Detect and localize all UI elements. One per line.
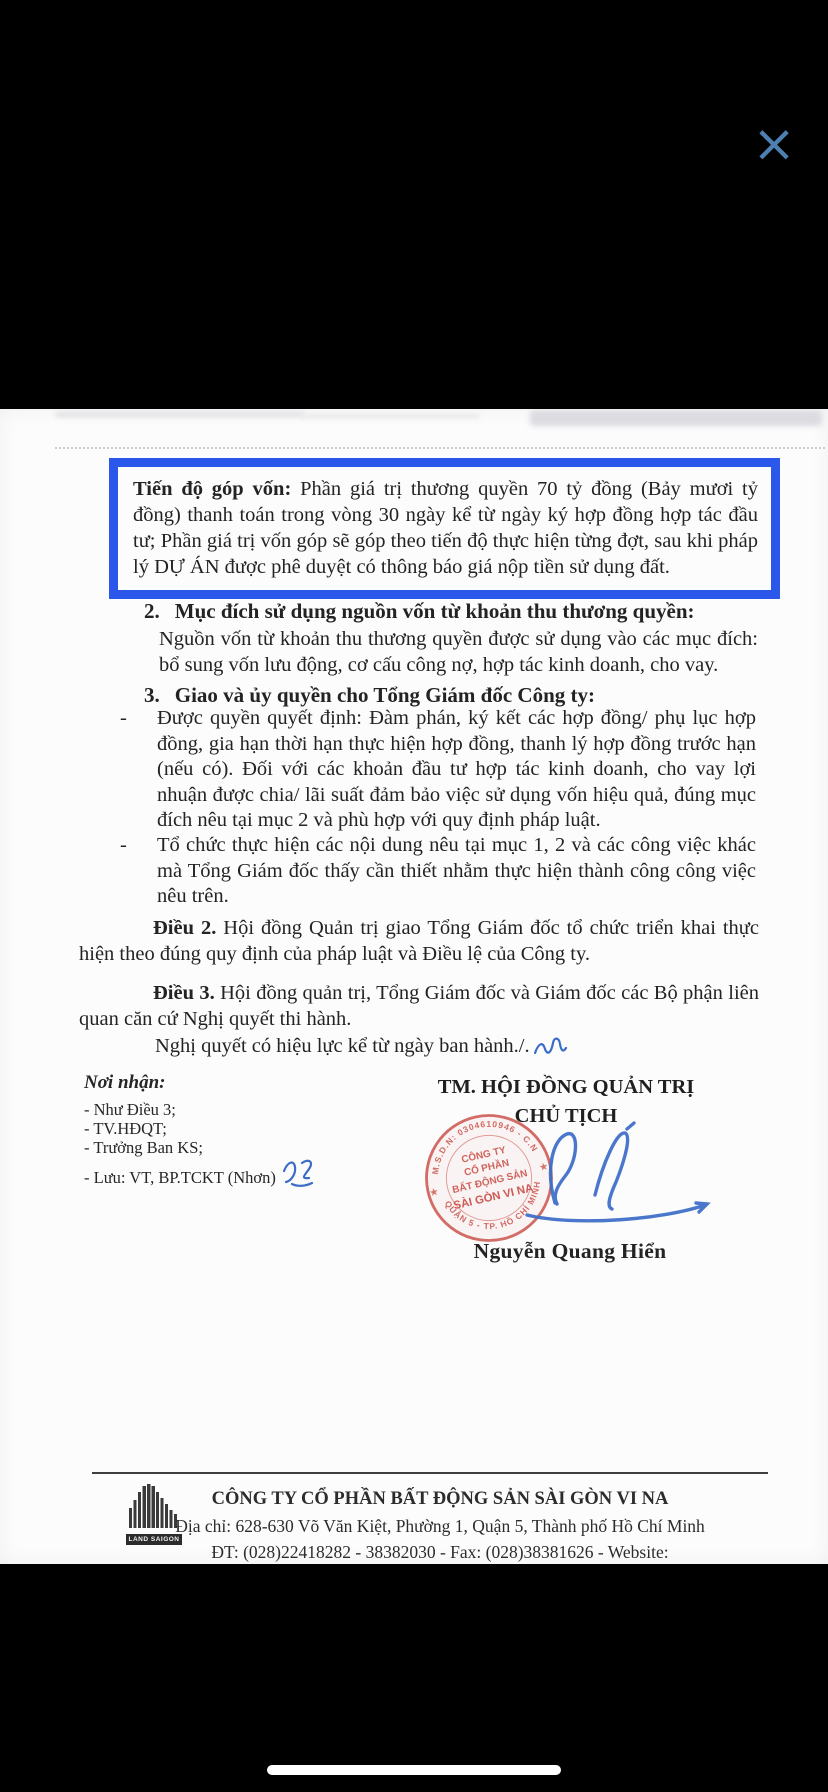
section-3-heading: 3.Giao và ủy quyền cho Tổng Giám đốc Côn… xyxy=(144,683,595,708)
article-2-label: Điều 2. xyxy=(153,917,216,939)
effective-line: Nghị quyết có hiệu lực kể từ ngày ban hà… xyxy=(155,1034,568,1060)
bullet-marker: - xyxy=(116,833,157,910)
home-indicator[interactable] xyxy=(267,1765,561,1775)
handwritten-mark-icon xyxy=(532,1034,568,1060)
scan-dotted-line xyxy=(55,447,825,449)
handwritten-mark-icon xyxy=(278,1157,318,1187)
handwritten-signature xyxy=(515,1121,725,1236)
recipient-item: - Như Điều 3; xyxy=(84,1100,318,1119)
footer-company-name: CÔNG TY CỔ PHẦN BẤT ĐỘNG SẢN SÀI GÒN VI … xyxy=(160,1489,720,1510)
section-3-number: 3. xyxy=(144,683,160,708)
section-3-bullet-1: - Được quyền quyết định: Đàm phán, ký kế… xyxy=(116,706,756,834)
highlight-lead: Tiến độ góp vốn: xyxy=(133,478,291,500)
section-2-body: Nguồn vốn từ khoản thu thương quyền được… xyxy=(159,627,758,678)
recipients-label: Nơi nhận: xyxy=(84,1073,318,1092)
section-2-number: 2. xyxy=(144,599,160,624)
recipient-item: - Lưu: VT, BP.TCKT (Nhơn) xyxy=(84,1157,318,1187)
scan-smudge xyxy=(300,413,480,419)
close-icon: × xyxy=(752,114,796,174)
recipient-item: - TV.HĐQT; xyxy=(84,1119,318,1138)
scan-smudge xyxy=(55,411,305,418)
footer-address: Địa chỉ: 628-630 Võ Văn Kiệt, Phường 1, … xyxy=(160,1516,720,1537)
recipients-block: Nơi nhận: - Như Điều 3; - TV.HĐQT; - Trư… xyxy=(84,1073,318,1187)
footer-divider xyxy=(92,1472,768,1474)
recipient-item: - Trưởng Ban KS; xyxy=(84,1138,318,1157)
signing-authority: TM. HỘI ĐỒNG QUẢN TRỊ xyxy=(350,1073,782,1102)
article-3-label: Điều 3. xyxy=(153,982,215,1004)
close-button[interactable]: × xyxy=(750,120,798,168)
document-page[interactable]: Tiến độ góp vốn: Phần giá trị thương quy… xyxy=(0,409,828,1564)
footer-contacts: ĐT: (028)22418282 - 38382030 - Fax: (028… xyxy=(160,1542,720,1564)
section-2-heading: 2.Mục đích sử dụng nguồn vốn từ khoản th… xyxy=(144,599,695,624)
bullet-marker: - xyxy=(116,706,157,834)
signer-name: Nguyễn Quang Hiển xyxy=(425,1239,715,1264)
scan-smudge xyxy=(530,410,822,426)
footer-website: www.landsaigon.vn xyxy=(371,1563,510,1564)
section-3-bullet-2: - Tổ chức thực hiện các nội dung nêu tại… xyxy=(116,833,756,910)
company-footer: CÔNG TY CỔ PHẦN BẤT ĐỘNG SẢN SÀI GÒN VI … xyxy=(160,1489,720,1564)
highlight-box: Tiến độ góp vốn: Phần giá trị thương quy… xyxy=(109,458,780,599)
article-3: Điều 3. Hội đồng quản trị, Tổng Giám đốc… xyxy=(79,981,759,1032)
article-2: Điều 2. Hội đồng Quản trị giao Tổng Giám… xyxy=(79,916,759,967)
